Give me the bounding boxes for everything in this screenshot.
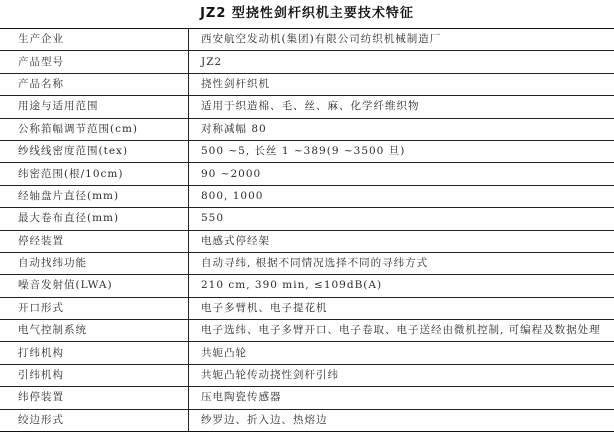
row-value: 电子多臂机、电子提花机 xyxy=(189,297,614,319)
row-label: 用途与适用范围 xyxy=(0,96,189,118)
table-row: 产品名称挠性剑杆织机 xyxy=(0,73,614,95)
row-value: 550 xyxy=(189,208,614,230)
row-label: 生产企业 xyxy=(0,29,189,51)
table-row: 纱线线密度范围(tex)500 ~5, 长丝 1 ~389(9 ~3500 旦) xyxy=(0,140,614,162)
row-value: 对称减幅 80 xyxy=(189,118,614,140)
spec-table: 生产企业西安航空发动机(集团)有限公司纺织机械制造厂 产品型号JZ2 产品名称挠… xyxy=(0,28,614,432)
row-value: 自动寻纬, 根据不同情况选择不同的寻纬方式 xyxy=(189,252,614,274)
row-label: 停经装置 xyxy=(0,230,189,252)
table-row: 电气控制系统电子选纬、电子多臂开口、电子卷取、电子送经由微机控制, 可编程及数据… xyxy=(0,320,614,342)
row-label: 产品名称 xyxy=(0,73,189,95)
table-row: 自动找纬功能自动寻纬, 根据不同情况选择不同的寻纬方式 xyxy=(0,252,614,274)
row-value: 共轭凸轮 xyxy=(189,342,614,364)
table-row: 纬停装置压电陶瓷传感器 xyxy=(0,387,614,409)
row-value: 90 ~2000 xyxy=(189,163,614,185)
table-title: JZ2 型挠性剑杆织机主要技术特征 xyxy=(0,4,614,24)
row-value: 210 cm, 390 min, ≤109dB(A) xyxy=(189,275,614,297)
table-row: 纬密范围(根/10cm)90 ~2000 xyxy=(0,163,614,185)
row-label: 引纬机构 xyxy=(0,364,189,386)
row-label: 纱线线密度范围(tex) xyxy=(0,140,189,162)
table-row: 引纬机构共轭凸轮传动挠性剑杆引纬 xyxy=(0,364,614,386)
table-row: 公称筘幅调节范围(cm)对称减幅 80 xyxy=(0,118,614,140)
table-row: 停经装置电感式停经架 xyxy=(0,230,614,252)
row-label: 打纬机构 xyxy=(0,342,189,364)
row-label: 噪音发射值(LWA) xyxy=(0,275,189,297)
row-label: 产品型号 xyxy=(0,51,189,73)
row-value: 挠性剑杆织机 xyxy=(189,73,614,95)
row-label: 纬停装置 xyxy=(0,387,189,409)
table-row: 开口形式电子多臂机、电子提花机 xyxy=(0,297,614,319)
row-value: 共轭凸轮传动挠性剑杆引纬 xyxy=(189,364,614,386)
table-row: 用途与适用范围适用于织造棉、毛、丝、麻、化学纤维织物 xyxy=(0,96,614,118)
row-value: 适用于织造棉、毛、丝、麻、化学纤维织物 xyxy=(189,96,614,118)
row-label: 经轴盘片直径(mm) xyxy=(0,185,189,207)
row-label: 公称筘幅调节范围(cm) xyxy=(0,118,189,140)
table-row: 生产企业西安航空发动机(集团)有限公司纺织机械制造厂 xyxy=(0,29,614,51)
spec-table-body: 生产企业西安航空发动机(集团)有限公司纺织机械制造厂 产品型号JZ2 产品名称挠… xyxy=(0,29,614,432)
row-label: 最大卷布直径(mm) xyxy=(0,208,189,230)
row-label: 绞边形式 xyxy=(0,409,189,431)
row-label: 开口形式 xyxy=(0,297,189,319)
row-value: JZ2 xyxy=(189,51,614,73)
row-value: 电感式停经架 xyxy=(189,230,614,252)
row-label: 电气控制系统 xyxy=(0,320,189,342)
row-value: 500 ~5, 长丝 1 ~389(9 ~3500 旦) xyxy=(189,140,614,162)
row-label: 自动找纬功能 xyxy=(0,252,189,274)
row-value: 纱罗边、折入边、热熔边 xyxy=(189,409,614,431)
row-value: 电子选纬、电子多臂开口、电子卷取、电子送经由微机控制, 可编程及数据处理 xyxy=(189,320,614,342)
table-row: 产品型号JZ2 xyxy=(0,51,614,73)
row-label: 纬密范围(根/10cm) xyxy=(0,163,189,185)
row-value: 压电陶瓷传感器 xyxy=(189,387,614,409)
table-row: 最大卷布直径(mm)550 xyxy=(0,208,614,230)
row-value: 西安航空发动机(集团)有限公司纺织机械制造厂 xyxy=(189,29,614,51)
table-row: 打纬机构共轭凸轮 xyxy=(0,342,614,364)
table-row: 经轴盘片直径(mm)800, 1000 xyxy=(0,185,614,207)
table-row: 绞边形式纱罗边、折入边、热熔边 xyxy=(0,409,614,431)
table-row: 噪音发射值(LWA)210 cm, 390 min, ≤109dB(A) xyxy=(0,275,614,297)
row-value: 800, 1000 xyxy=(189,185,614,207)
